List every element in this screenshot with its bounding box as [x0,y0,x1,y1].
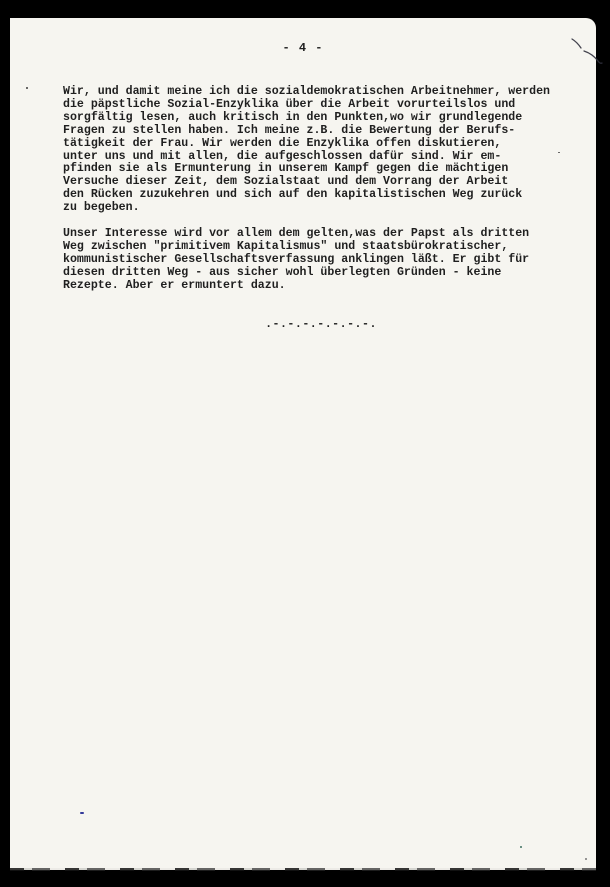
scan-speck [558,152,560,153]
paragraph-1: Wir, und damit meine ich die sozialdemok… [63,86,583,215]
scan-speck [80,812,84,814]
document-page: - 4 - Wir, und damit meine ich die sozia… [10,18,596,870]
scan-speck [520,846,522,848]
section-separator: .-.-.-.-.-.-.-. [28,318,610,331]
scan-speck [585,858,587,860]
handwritten-check-icon [558,33,606,73]
page-number: - 4 - [10,41,596,55]
paragraph-2: Unser Interesse wird vor allem dem gelte… [63,228,583,293]
scan-speck [26,87,28,89]
